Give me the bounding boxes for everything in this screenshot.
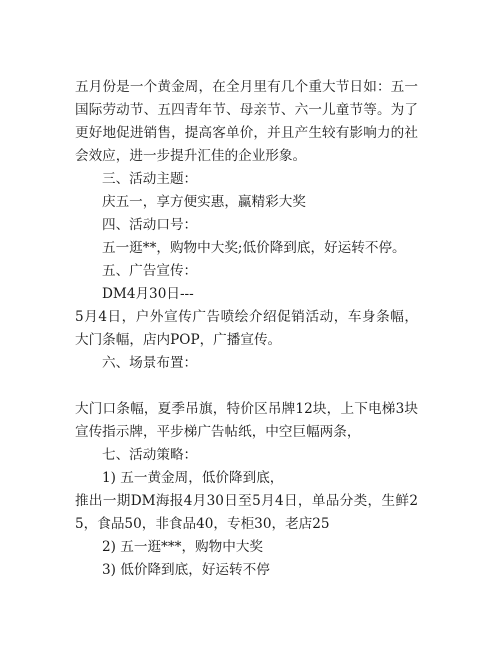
slogan-text: 五一逛**，购物中大奖;低价降到底，好运转不停。 bbox=[75, 237, 418, 260]
strategy-item-1: 1) 五一黄金周，低价降到底， bbox=[75, 467, 418, 490]
document-page: 五月份是一个黄金周，在全月里有几个重大节日如：五一国际劳动节、五四青年节、母亲节… bbox=[75, 76, 418, 582]
section-heading-advertising: 五、广告宣传： bbox=[75, 260, 418, 283]
section-heading-scene: 六、场景布置： bbox=[75, 352, 418, 375]
blank-line bbox=[75, 375, 418, 398]
scene-text: 大门口条幅，夏季吊旗，特价区吊牌12块，上下电梯3块宣传指示牌，平步梯广告帖纸，… bbox=[75, 398, 418, 444]
strategy-item-2: 2) 五一逛***，购物中大奖 bbox=[75, 536, 418, 559]
advertising-text: 5月4日，户外宣传广告喷绘介绍促销活动，车身条幅，大门条幅，店内POP，广播宣传… bbox=[75, 306, 418, 352]
section-heading-slogan: 四、活动口号： bbox=[75, 214, 418, 237]
theme-text: 庆五一，享方便实惠，赢精彩大奖 bbox=[75, 191, 418, 214]
advertising-date: DM4月30日--- bbox=[75, 283, 418, 306]
section-heading-strategy: 七、活动策略： bbox=[75, 444, 418, 467]
intro-paragraph: 五月份是一个黄金周，在全月里有几个重大节日如：五一国际劳动节、五四青年节、母亲节… bbox=[75, 76, 418, 168]
section-heading-theme: 三、活动主题： bbox=[75, 168, 418, 191]
strategy-item-1-detail: 推出一期DM海报4月30日至5月4日，单品分类，生鲜25，食品50，非食品40，… bbox=[75, 490, 418, 536]
strategy-item-3: 3) 低价降到底，好运转不停 bbox=[75, 559, 418, 582]
